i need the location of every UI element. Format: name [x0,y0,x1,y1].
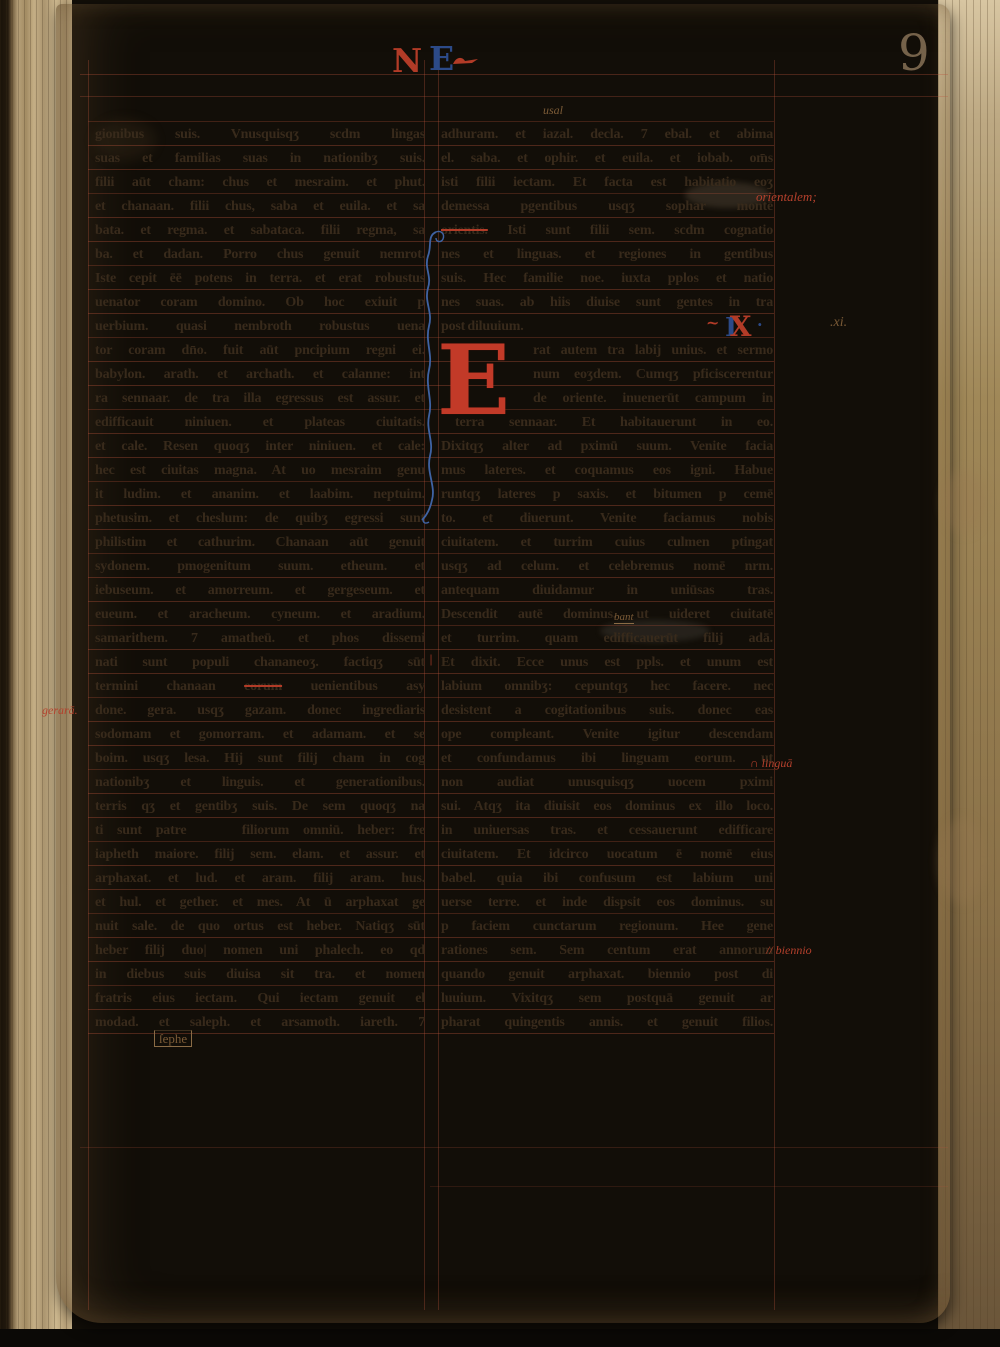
text-line: iebuseum. et amorreum. et gergeseum. et [95,579,425,603]
text-line: Dixitqʒ alter ad pximū suum. Venite faci… [441,435,773,459]
text-line: nati sunt populi chananeoʒ. factiqʒ sūt [95,651,425,675]
text-line: demessa pgentibus usqʒ sophar montē [441,195,773,219]
folio-number: 9 [898,28,930,78]
text-line: luuium. Vixitqʒ sem postquā genuit ar [441,987,773,1011]
text-line: rationes sem. Sem centum erat annorum [441,939,773,963]
marginal-note-et-dixit-tick: | [429,652,433,665]
text-line: filii aūt cham: chus et mesraim. et phut… [95,171,425,195]
text-line: et turrim. quam edifficauerūt filij adā. [441,627,773,651]
text-line: terris qʒ et gentibʒ suis. De sem quoqʒ … [95,795,425,819]
text-line: et hul. et gether. et mes. At ū arphaxat… [95,891,425,915]
ornament-flourish: ~ [706,313,719,332]
text-line: desistent a cogitationibus suis. donec e… [441,699,773,723]
drop-cap-initial: E [437,337,510,425]
marginal-note-orientalem: orientalem; [756,190,817,203]
marginal-note-lingua: ∩ linguā [750,757,792,769]
text-line: boim. usqʒ lesa. Hij sunt filij cham in … [95,747,425,771]
text-line: ope compleant. Venite igitur descendam [441,723,773,747]
text-line: hec est ciuitas magna. At uo mesraim gen… [95,459,425,483]
text-line: orientis. Isti sunt filii sem. scdm cogn… [441,219,773,243]
text-line: ra sennaar. de tra illa egressus est ass… [95,387,425,411]
text-line: to. et diuerunt. Venite faciamus nobis [441,507,773,531]
text-line: isti filii iectam. Et facta est habitati… [441,171,773,195]
text-line: in diebus suis diuisa sit tra. et nomen [95,963,425,987]
text-line: quando genuit arphaxat. biennio post di [441,963,773,987]
text-line: ti sunt patre filiorum omniū. heber: fre [95,819,425,843]
text-line: eueum. et aracheum. cyneum. et aradium. [95,603,425,627]
text-line: suis. Hec familie noe. iuxta pplos et na… [441,267,773,291]
text-line: sui. Atqʒ ita diuisit eos dominus ex ill… [441,795,773,819]
text-line: iapheth maiore. filij sem. elam. et assu… [95,843,425,867]
text-line: non audiat unusquisqʒ uocem pximi [441,771,773,795]
text-line: babel. quia ibi confusum est labium uni [441,867,773,891]
ornament-dot: · [757,315,763,334]
text-line: uerse terre. et inde dispsit eos dominus… [441,891,773,915]
text-line: bata. et regma. et sabataca. filii regma… [95,219,425,243]
text-line: suas et familias suas in nationibʒ suis. [95,147,425,171]
text-line: babylon. arath. et archath. et calanne: … [95,363,425,387]
text-column-left: gionibus suis. Vnusquisqʒ scdm lingassua… [95,123,425,1035]
text-line: mus lateres. et coquamus eos igni. Habue [441,459,773,483]
chapter-x-ornament: ~ I X · [706,313,763,341]
text-line: in uniuersas tras. et cessauerunt ediffi… [441,819,773,843]
text-line: gionibus suis. Vnusquisqʒ scdm lingas [95,123,425,147]
text-line: it ludim. et ananim. et laabim. neptuim. [95,483,425,507]
text-line: uenator coram domino. Ob hoc exiuit p [95,291,425,315]
text-line: el. saba. et ophir. et euila. et iobab. … [441,147,773,171]
text-line: et cale. Resen quoqʒ inter niniuen. et c… [95,435,425,459]
text-line: samarithem. 7 amatheū. et phos dissemi [95,627,425,651]
text-line: ciuitatem. et turrim cuius culmen ptinga… [441,531,773,555]
text-line: modad. et saleph. et arsamoth. iareth. 7 [95,1011,425,1035]
text-line: Descendit autē dominus. ut uideret ciuit… [441,603,773,627]
manuscript-photo: N E 9 gionibus suis. Vnusquisqʒ scdm lin… [0,0,1000,1347]
struck-word: orientis. [441,223,488,238]
text-line: nuit sale. de quo ortus est heber. Natiq… [95,915,425,939]
text-line: pharat quingentis annis. et genuit filio… [441,1011,773,1035]
text-line: labium omnibʒ: cepuntqʒ hec facere. nec [441,675,773,699]
marginal-note-usal: usal [543,104,563,116]
text-line: termini chanaan eorum uenientibus asy [95,675,425,699]
text-line: p faciem cunctarum regionum. Hee gene [441,915,773,939]
text-line: done. gera. usqʒ gazam. donec ingrediari… [95,699,425,723]
text-line: et confundamus ibi linguam eorum. ut [441,747,773,771]
marginal-note-biennio: // biennio [766,944,812,956]
marginal-note-bant: bant [614,612,634,624]
running-title-flourish-icon [452,55,480,67]
text-line: philistim et cathurim. Chanaan aūt genui… [95,531,425,555]
text-line: ba. et dadan. Porro chus genuit nemrot. [95,243,425,267]
text-line: fratris eius iectam. Qui iectam genuit e… [95,987,425,1011]
text-line: et chanaan. filii chus, saba et euila. e… [95,195,425,219]
text-line: adhuram. et iazal. decla. 7 ebal. et abi… [441,123,773,147]
text-line: nes suas. ab hiis diuise sunt gentes in … [441,291,773,315]
text-line: nes et linguas. et regiones in gentibus [441,243,773,267]
marginal-note-sephe: ſephe [154,1030,192,1047]
text-line: ciuitatem. Et idcirco uocatum ē nomē eiu… [441,843,773,867]
text-line: sydonem. pmogenitum suum. etheum. et [95,555,425,579]
marginal-note-xi: .xi. [830,316,847,330]
text-line: Iste cepit ēē potens in terra. et erat r… [95,267,425,291]
text-line: phetusim. et cheslum: de quibʒ egressi s… [95,507,425,531]
ornament-red-numeral: X [730,310,752,343]
marginal-note-gerara: gerarā. [42,704,78,716]
text-line: heber filij duo| nomen uni phalech. eo q… [95,939,425,963]
text-line: Et dixit. Ecce unus est ppls. et unum es… [441,651,773,675]
text-line: edifficauit niniuen. et plateas ciuitati… [95,411,425,435]
text-line: arphaxat. et lud. et aram. filij aram. h… [95,867,425,891]
book-bottom-shadow [0,1329,1000,1347]
text-column-right: adhuram. et iazal. decla. 7 ebal. et abi… [441,123,773,1035]
text-line: nationibʒ et linguis. et generationibus. [95,771,425,795]
running-title-letter-n: N [392,44,422,78]
text-line: uerbium. quasi nembroth robustus uena [95,315,425,339]
text-line: antequam diuidamur in uniūsas tras. [441,579,773,603]
struck-word: eorum [244,679,282,694]
running-title-letter-e: E [429,42,454,76]
text-line: sodomam et gomorram. et adamam. et se [95,723,425,747]
text-line: usqʒ ad celum. et celebremus nomē nrm. [441,555,773,579]
text-line: runtqʒ lateres p saxis. et bitumen p cem… [441,483,773,507]
text-line: tor coram dn̄o. fuit aūt pncipium regni … [95,339,425,363]
